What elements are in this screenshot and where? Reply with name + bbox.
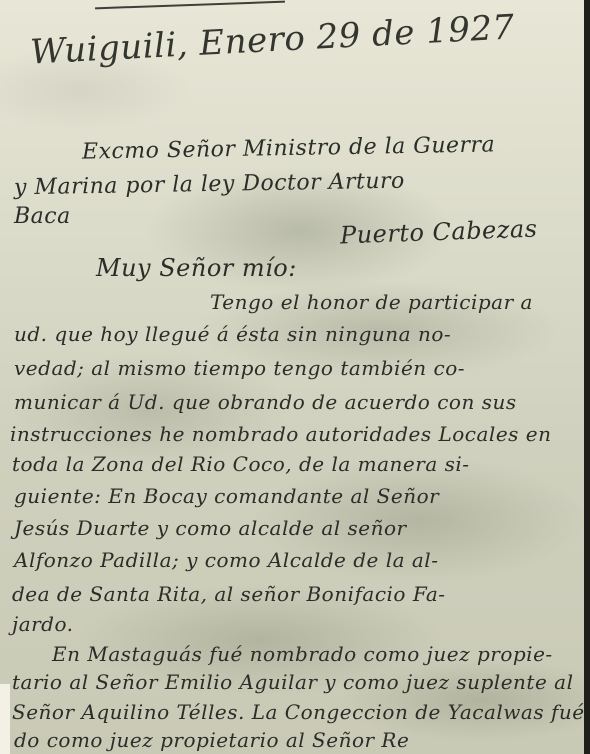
body-line-1: Tengo el honor de participar a <box>210 290 533 314</box>
body-line-14: Señor Aquilino Télles. La Congeccion de … <box>12 700 590 724</box>
location-line: Puerto Cabezas <box>340 215 538 250</box>
body-line-5: instrucciones he nombrado autoridades Lo… <box>10 422 552 446</box>
addressee-line-1: Excmo Señor Ministro de la Guerra <box>82 132 496 164</box>
body-line-6: toda la Zona del Rio Coco, de la manera … <box>12 452 470 476</box>
body-line-13: tario al Señor Emilio Aguilar y como jue… <box>12 670 573 694</box>
body-line-7: guiente: En Bocay comandante al Señor <box>14 484 439 508</box>
place-date-heading: Wuiguili, Enero 29 de 1927 <box>29 7 515 72</box>
body-line-2: ud. que hoy llegué á ésta sin ninguna no… <box>14 322 451 346</box>
body-line-11: jardo. <box>12 612 74 636</box>
body-line-3: vedad; al mismo tiempo tengo también co- <box>14 356 465 380</box>
scan-edge-shadow <box>584 0 590 754</box>
addressee-line-2: y Marina por la ley Doctor Arturo <box>14 169 405 201</box>
body-line-10: dea de Santa Rita, al señor Bonifacio Fa… <box>12 582 446 606</box>
salutation: Muy Señor mío: <box>96 254 297 282</box>
heading-flourish <box>95 1 285 10</box>
body-line-9: Alfonzo Padilla; y como Alcalde de la al… <box>14 548 438 572</box>
letter-page: Wuiguili, Enero 29 de 1927 Excmo Señor M… <box>0 0 590 754</box>
addressee-line-3: Baca <box>14 204 71 229</box>
scan-edge-torn <box>0 684 10 754</box>
body-line-4: municar á Ud. que obrando de acuerdo con… <box>14 390 517 414</box>
body-line-15: do como juez propietario al Señor Re <box>14 728 409 752</box>
body-line-8: Jesús Duarte y como alcalde al señor <box>14 516 407 540</box>
body-line-12: En Mastaguás fué nombrado como juez prop… <box>52 642 553 666</box>
